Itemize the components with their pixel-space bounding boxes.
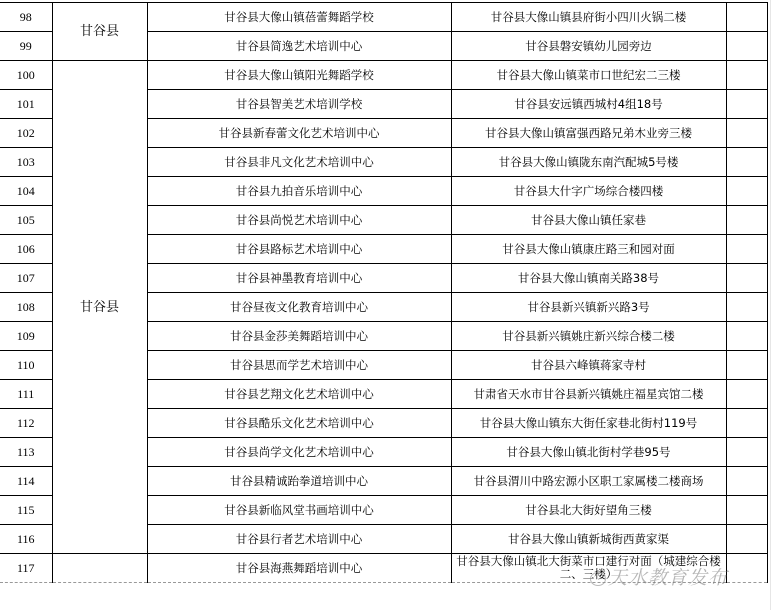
- cell-institution-name[interactable]: 甘谷县大像山镇阳光舞蹈学校: [147, 61, 451, 90]
- cell-institution-name[interactable]: 甘谷县酷乐文化艺术培训中心: [147, 409, 451, 438]
- cell-county[interactable]: 甘谷县: [52, 61, 147, 554]
- cell-institution-name[interactable]: 甘谷县行者艺术培训中心: [147, 525, 451, 554]
- cell-institution-name[interactable]: 甘谷县非凡文化艺术培训中心: [147, 148, 451, 177]
- institution-table: 98甘谷县甘谷县大像山镇蓓蕾舞蹈学校甘谷县大像山镇县府街小四川火锅二楼99甘谷县…: [0, 2, 768, 583]
- cell-note[interactable]: [726, 467, 767, 496]
- cell-address[interactable]: 甘谷县磐安镇幼儿园旁边: [451, 32, 726, 61]
- cell-address[interactable]: 甘谷县大像山镇南关路38号: [451, 264, 726, 293]
- cell-note[interactable]: [726, 90, 767, 119]
- cell-number[interactable]: 110: [0, 351, 52, 380]
- cell-note[interactable]: [726, 235, 767, 264]
- cell-address[interactable]: 甘谷县渭川中路宏源小区职工家属楼二楼商场: [451, 467, 726, 496]
- cell-note[interactable]: [726, 554, 767, 583]
- cell-number[interactable]: 114: [0, 467, 52, 496]
- cell-number[interactable]: 100: [0, 61, 52, 90]
- cell-number[interactable]: 101: [0, 90, 52, 119]
- cell-number[interactable]: 99: [0, 32, 52, 61]
- cell-institution-name[interactable]: 甘谷县大像山镇蓓蕾舞蹈学校: [147, 3, 451, 32]
- cell-number[interactable]: 105: [0, 206, 52, 235]
- cell-address[interactable]: 甘谷县新兴镇新兴路3号: [451, 293, 726, 322]
- cell-institution-name[interactable]: 甘谷县神墨教育培训中心: [147, 264, 451, 293]
- watermark-text: 天水教育发布: [608, 567, 728, 589]
- cell-note[interactable]: [726, 177, 767, 206]
- cell-number[interactable]: 103: [0, 148, 52, 177]
- cell-address[interactable]: 甘谷县新兴镇姚庄新兴综合楼二楼: [451, 322, 726, 351]
- cell-institution-name[interactable]: 甘谷昼夜文化教育培训中心: [147, 293, 451, 322]
- cell-address[interactable]: 甘谷县安远镇西城村4组18号: [451, 90, 726, 119]
- cell-address[interactable]: 甘谷县大像山镇东大街任家巷北街村119号: [451, 409, 726, 438]
- cell-note[interactable]: [726, 438, 767, 467]
- cell-institution-name[interactable]: 甘谷县尚悦艺术培训中心: [147, 206, 451, 235]
- cell-number[interactable]: 102: [0, 119, 52, 148]
- cell-note[interactable]: [726, 293, 767, 322]
- cell-number[interactable]: 111: [0, 380, 52, 409]
- cell-county[interactable]: 甘谷县: [52, 3, 147, 61]
- cell-note[interactable]: [726, 61, 767, 90]
- cell-address[interactable]: 甘谷县大像山镇陇东南汽配城5号楼: [451, 148, 726, 177]
- cell-number[interactable]: 108: [0, 293, 52, 322]
- cell-note[interactable]: [726, 32, 767, 61]
- cell-institution-name[interactable]: 甘谷县新春蕾文化艺术培训中心: [147, 119, 451, 148]
- cell-note[interactable]: [726, 409, 767, 438]
- cell-address[interactable]: 甘谷县六峰镇蒋家寺村: [451, 351, 726, 380]
- cell-note[interactable]: [726, 525, 767, 554]
- cell-county[interactable]: [52, 554, 147, 583]
- cell-address[interactable]: 甘谷县北大街好望角三楼: [451, 496, 726, 525]
- cell-institution-name[interactable]: 甘谷县金莎美舞蹈培训中心: [147, 322, 451, 351]
- cell-note[interactable]: [726, 380, 767, 409]
- cell-address[interactable]: 甘谷县大像山镇任家巷: [451, 206, 726, 235]
- cell-institution-name[interactable]: 甘谷县智美艺术培训学校: [147, 90, 451, 119]
- sheet-right-edge: [770, 0, 771, 610]
- cell-institution-name[interactable]: 甘谷县简逸艺术培训中心: [147, 32, 451, 61]
- cell-note[interactable]: [726, 119, 767, 148]
- cell-institution-name[interactable]: 甘谷县艺翔文化艺术培训中心: [147, 380, 451, 409]
- cell-number[interactable]: 117: [0, 554, 52, 583]
- cell-note[interactable]: [726, 496, 767, 525]
- cell-number[interactable]: 104: [0, 177, 52, 206]
- cell-number[interactable]: 115: [0, 496, 52, 525]
- cell-institution-name[interactable]: 甘谷县海燕舞蹈培训中心: [147, 554, 451, 583]
- cell-institution-name[interactable]: 甘谷县精诚跆拳道培训中心: [147, 467, 451, 496]
- cell-address[interactable]: 甘谷县大像山镇北街村学巷95号: [451, 438, 726, 467]
- cell-number[interactable]: 109: [0, 322, 52, 351]
- table-row: 98甘谷县甘谷县大像山镇蓓蕾舞蹈学校甘谷县大像山镇县府街小四川火锅二楼: [0, 3, 767, 32]
- watermark: 天水教育发布: [590, 563, 728, 590]
- cell-address[interactable]: 甘谷县大像山镇县府街小四川火锅二楼: [451, 3, 726, 32]
- cell-number[interactable]: 113: [0, 438, 52, 467]
- cell-note[interactable]: [726, 322, 767, 351]
- cell-number[interactable]: 98: [0, 3, 52, 32]
- cell-note[interactable]: [726, 3, 767, 32]
- cell-institution-name[interactable]: 甘谷县新临风堂书画培训中心: [147, 496, 451, 525]
- cell-address[interactable]: 甘谷县大像山镇康庄路三和园对面: [451, 235, 726, 264]
- cell-address[interactable]: 甘谷县大像山镇菜市口世纪宏二三楼: [451, 61, 726, 90]
- cell-note[interactable]: [726, 264, 767, 293]
- spreadsheet: 98甘谷县甘谷县大像山镇蓓蕾舞蹈学校甘谷县大像山镇县府街小四川火锅二楼99甘谷县…: [0, 2, 768, 583]
- cell-institution-name[interactable]: 甘谷县思而学艺术培训中心: [147, 351, 451, 380]
- cell-address[interactable]: 甘谷县大像山镇新城街西黄家渠: [451, 525, 726, 554]
- cell-note[interactable]: [726, 206, 767, 235]
- cell-institution-name[interactable]: 甘谷县尚学文化艺术培训中心: [147, 438, 451, 467]
- cell-address[interactable]: 甘谷县大像山镇富强西路兄弟木业旁三楼: [451, 119, 726, 148]
- table-row: 100甘谷县甘谷县大像山镇阳光舞蹈学校甘谷县大像山镇菜市口世纪宏二三楼: [0, 61, 767, 90]
- cell-institution-name[interactable]: 甘谷县路标艺术培训中心: [147, 235, 451, 264]
- cell-number[interactable]: 116: [0, 525, 52, 554]
- cell-address[interactable]: 甘肃省天水市甘谷县新兴镇姚庄福星宾馆二楼: [451, 380, 726, 409]
- cell-number[interactable]: 112: [0, 409, 52, 438]
- wechat-icon: [590, 572, 606, 586]
- cell-institution-name[interactable]: 甘谷县九拍音乐培训中心: [147, 177, 451, 206]
- cell-address[interactable]: 甘谷县大什字广场综合楼四楼: [451, 177, 726, 206]
- cell-number[interactable]: 106: [0, 235, 52, 264]
- cell-note[interactable]: [726, 351, 767, 380]
- cell-note[interactable]: [726, 148, 767, 177]
- cell-number[interactable]: 107: [0, 264, 52, 293]
